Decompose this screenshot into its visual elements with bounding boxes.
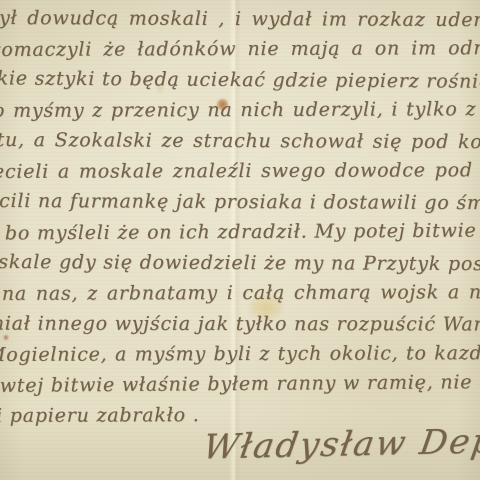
manuscript-line: e bo myśleli że on ich zdradził. My pote… [0, 216, 480, 250]
manuscript-line: tłomaczyli że ładónków nie mają a on im … [0, 34, 480, 66]
manuscript-line: Mogielnice, a myśmy byli z tych okolic, … [0, 338, 480, 370]
manuscript-line: miał innego wyjścia jak tyłko nas rozpuś… [0, 309, 480, 340]
letter-body: był dowudcą moskali , i wydał im rozkaz … [0, 4, 480, 430]
manuscript-line: oskale gdy się dowiedzieli że my na Przy… [0, 246, 480, 279]
manuscript-line: skie sztyki to będą uciekać gdzie piepie… [0, 63, 480, 97]
manuscript-line: stu, a Szokalski ze strachu schował się … [0, 125, 480, 158]
manuscript-line: lecieli a moskale znaleźli swego dowodce… [0, 155, 480, 187]
manuscript-page: był dowudcą moskali , i wydał im rozkaz … [0, 0, 480, 480]
signature: Władysław Depes [200, 418, 480, 471]
manuscript-line: był dowudcą moskali , i wydał im rozkaz … [0, 3, 480, 36]
manuscript-line: ucili na furmankę jak prosiaka i dostawi… [0, 186, 480, 219]
manuscript-line: i wtej bitwie właśnie byłem ranny w rami… [0, 367, 480, 401]
manuscript-line: ł na nas, z arbnatamy i całą chmarą wojs… [0, 277, 480, 309]
manuscript-line: ło myśmy z przenicy na nich uderzyli, i … [0, 94, 480, 126]
